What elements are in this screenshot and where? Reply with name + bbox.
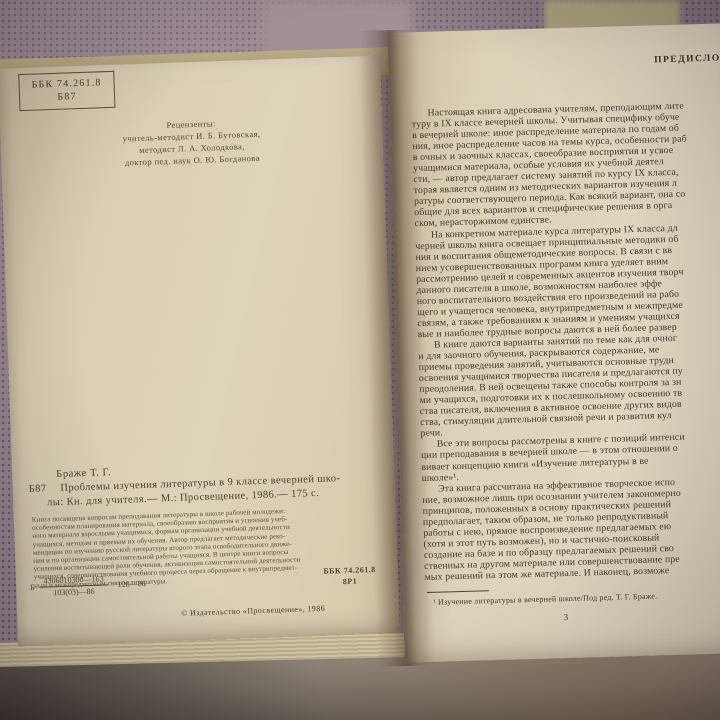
print-code-prefix: Б (30, 582, 35, 591)
bbk-author-code: Б87 (32, 89, 102, 104)
page-number: 3 (564, 612, 569, 622)
preface-heading: ПРЕДИСЛОВИЕ (654, 53, 720, 66)
preface-paragraph-5: Эта книга рассчитана на эффективное твор… (422, 472, 720, 583)
preface-paragraph-2: На конкретном материале курса литературы… (415, 218, 720, 340)
preface-paragraph-1: Настоящая книга адресована учителям, пре… (411, 97, 720, 230)
footnote-rule (427, 590, 489, 593)
left-page: ББК 74.261.8 Б87 Рецензенты: учитель-мет… (0, 56, 400, 647)
right-page: ПРЕДИСЛОВИЕ Настоящая книга адресована у… (387, 23, 720, 662)
print-code-denominator: 103(03)—86 (40, 585, 108, 597)
footnote-text: ¹ Изучение литературы в вечерней школе/П… (433, 592, 657, 607)
author-name: Браже Т. Г. (56, 467, 111, 480)
print-order-number: 128—86 (118, 579, 146, 589)
catalog-code: Б87 (29, 483, 47, 495)
reviewers-block: Рецензенты: учитель-методист И. Б. Бутов… (0, 111, 383, 172)
copyright-line: © Издательство «Просвещение», 1986 (17, 601, 399, 623)
preface-paragraph-3: В книге даются варианты занятий по теме … (418, 329, 720, 440)
print-code-fraction: 4306010300—163 103(03)—86 (39, 574, 108, 597)
bbk-repeat-block: ББК 74.261.8 8Р1 (323, 564, 388, 588)
bbk-number: ББК 74.261.8 (31, 76, 101, 91)
bbk-repeat-code: 8Р1 (324, 575, 377, 588)
photo-of-open-book: ББК 74.261.8 Б87 Рецензенты: учитель-мет… (0, 0, 720, 720)
preface-body: Настоящая книга адресована учителям, пре… (411, 97, 720, 583)
bbk-stamp-box: ББК 74.261.8 Б87 (18, 71, 115, 111)
